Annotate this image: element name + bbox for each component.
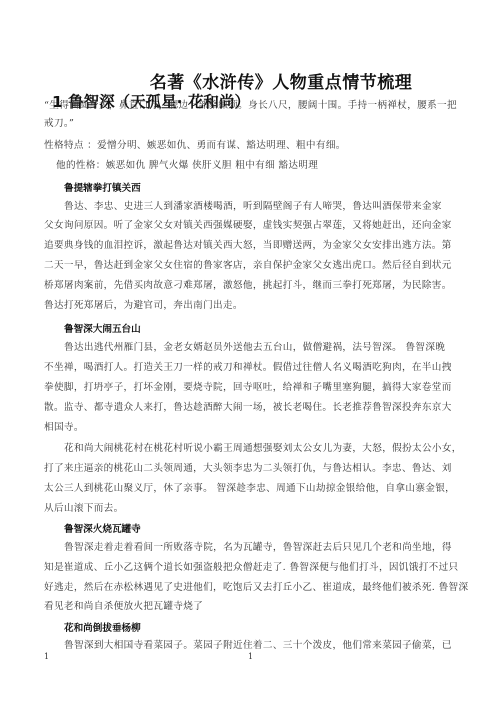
episode-line: 鲁达打死郑屠后，为避官司，奔出南门出走。: [44, 300, 464, 312]
episode-line: 花和尚大闹桃花村在桃花村听说小霸王周通想强娶刘太公女儿为妻，大怒，假扮太公小女，: [64, 443, 484, 455]
episode-line: 太公三人到桃花山聚义厅，休了亲事。 智深趁李忠、周通下山劫掠金银给他，自拿山寨金…: [44, 483, 464, 495]
episode-line: 鲁智深到大相国寺看菜园子。菜园子附近住着二、三十个泼皮，他们常来菜园子偷菜，已: [64, 640, 484, 652]
document-page: 名著《水浒传》人物重点情节梳理 1 鲁智深（天孤星· 花和尚） “生得面圆身大，…: [0, 0, 502, 708]
episode-line: 拳使脚，打坍亭子，打坏金刚，要烧寺院，回寺呕吐，给禅和子嘴里塞狗腿，搞得大家卷堂…: [44, 382, 464, 394]
episode-line: 从后山滚下而去。: [44, 503, 464, 515]
page-number-right: 1: [248, 652, 253, 661]
episode-heading: 鲁提辖拳打镇关西: [64, 180, 141, 194]
page-number-left: 1: [44, 652, 49, 661]
episode-line: 好逃走，然后在赤松林遇见了史进他们，吃饱后又去打丘小乙、崔道成，最终他们被杀死.…: [44, 582, 464, 594]
episode-line: 追要典身钱的血泪控诉，激起鲁达对镇关西大怒，当即赠送两，为金家父女安排出逃方法。…: [44, 240, 464, 252]
quote-line: “生得面圆身大，鼻直口方，腮边一部貉緅须。身长八尺，腰阔十围。手持一柄禅杖，腰系…: [44, 100, 464, 112]
episode-line: 不坐禅，喝酒打人。打造关王刀一样的戒刀和禅杖。假借过往僧人名义喝酒吃狗肉，在半山…: [44, 362, 464, 374]
traits-line: 性格特点 ：爱憎分明、嫉恶如仇、勇而有谋、豁达明理、粗中有细。: [44, 140, 464, 152]
episode-heading: 鲁智深火烧瓦罐寺: [64, 521, 141, 535]
episode-line: 鲁智深走着走着看间一所败落寺院，名为瓦罐寺，鲁智深赶去后只见几个老和尚坐地，得: [64, 542, 484, 554]
quote-line: 戒刀。”: [44, 118, 464, 130]
episode-line: 相国寺。: [44, 422, 464, 434]
episode-heading: 花和尚倒拔垂杨柳: [64, 620, 141, 634]
episode-heading: 鲁智深大闹五台山: [64, 321, 141, 335]
episode-line: 看见老和尚自杀便放火把瓦罐寺烧了: [44, 601, 464, 613]
episode-line: 打了来庄逼亲的桃花山二头领周通，大头领李忠为二头领打仇，与鲁达相认。李忠、鲁达、…: [44, 463, 464, 475]
episode-line: 散。监寺、都寺遣众人来打，鲁达趁酒醉大闹一场，被长老喝住。长老推荐鲁智深投奔东京…: [44, 402, 464, 414]
episode-line: 二天一早，鲁达赶到金家父女住宿的鲁家客店，亲自保护金家父女逃出虎口。然后径自到状…: [44, 260, 464, 272]
personality-line: 他的性格：嫉恶如仇 脾气火爆 侠肝义胆 粗中有细 豁达明理: [56, 160, 476, 172]
episode-line: 鲁达、李忠、史进三人到潘家酒楼喝酒，听到隔壁阁子有人啼哭，鲁达叫酒保带来金家: [64, 201, 484, 213]
episode-line: 父女询问原因。听了金家父女对镇关西强媒硬娶，虚钱实契强占翠莲，又将她赶出，还向金…: [44, 220, 464, 232]
episode-line: 知是崔道成、丘小乙这俩个道长如强盗般把众僧赶走了. 鲁智深便与他们打斗，因饥饿打…: [44, 562, 464, 574]
episode-line: 桥郑屠肉案前，先借买肉故意刁难郑屠，激怒他，挑起打斗，继而三拳打死郑屠，为民除害…: [44, 280, 464, 292]
episode-line: 鲁达出逃代州雁门县，金老女婿赵员外送他去五台山，做僧避祸，法号智深。 鲁智深晚: [64, 342, 484, 354]
